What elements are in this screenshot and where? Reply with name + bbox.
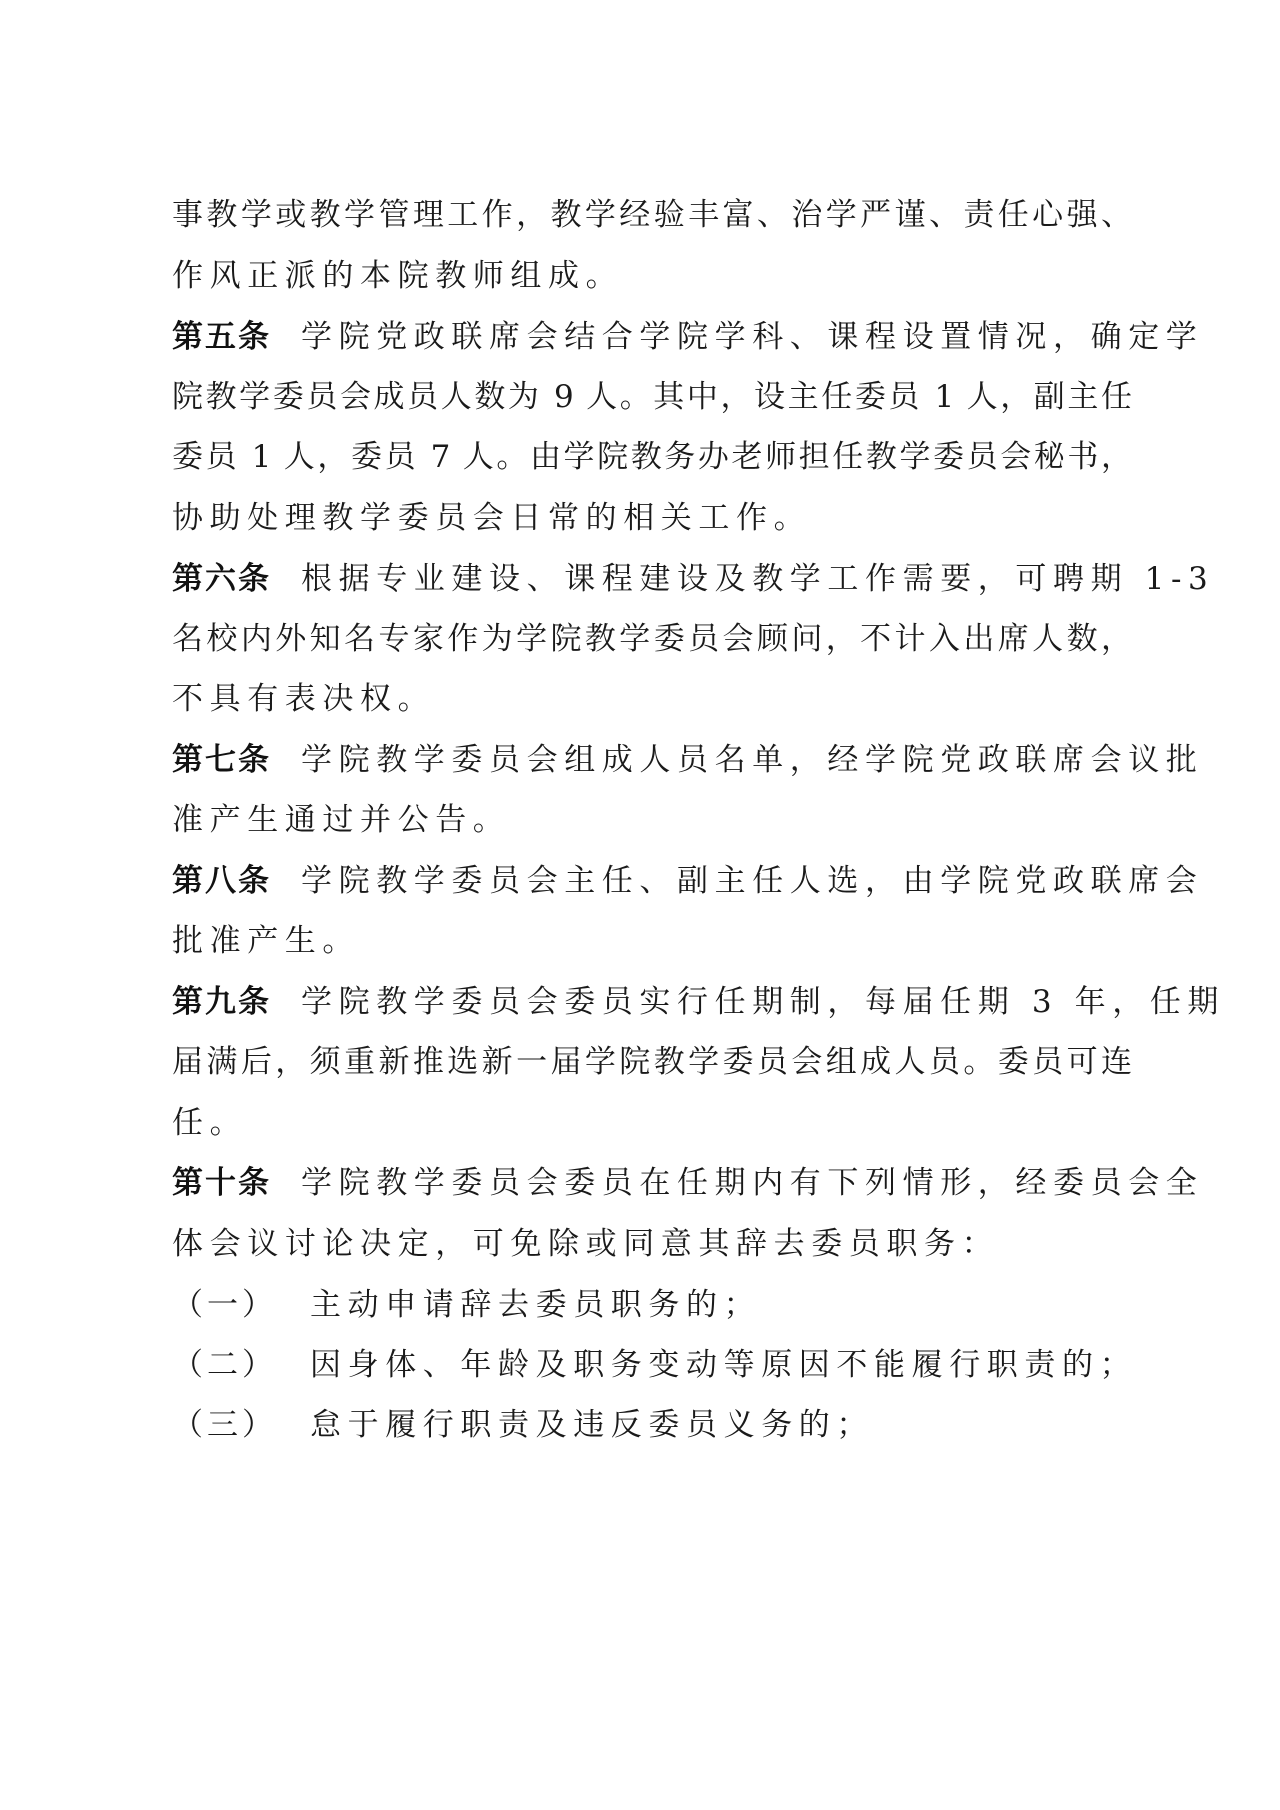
article-label: 第九条 xyxy=(172,984,271,1020)
paragraph-line: 院教学委员会成员人数为 9 人。其中，设主任委员 1 人，副主任 xyxy=(172,377,1132,417)
line-text: 学院教学委员会委员实行任期制，每届任期 3 年，任期 xyxy=(301,984,1225,1020)
line-text: 根据专业建设、课程建设及教学工作需要，可聘期 1-3 xyxy=(301,561,1214,597)
list-item-text: 怠于履行职责及违反委员义务的； xyxy=(310,1407,874,1443)
line-text: 学院党政联席会结合学院学科、课程设置情况，确定学 xyxy=(301,319,1203,355)
list-item-number: （三） xyxy=(172,1405,310,1445)
paragraph-line: 体会议讨论决定，可免除或同意其辞去委员职务： xyxy=(172,1224,1132,1264)
line-text: 协助处理教学委员会日常的相关工作。 xyxy=(172,500,811,536)
line-text: 届满后，须重新推选新一届学院教学委员会组成人员。委员可连 xyxy=(172,1044,1132,1080)
line-text: 不具有表决权。 xyxy=(172,681,435,717)
line-text: 体会议讨论决定，可免除或同意其辞去委员职务： xyxy=(172,1226,999,1262)
list-item: （二）因身体、年龄及职务变动等原因不能履行职责的； xyxy=(172,1345,1132,1385)
line-text: 批准产生。 xyxy=(172,923,360,959)
line-text: 任。 xyxy=(172,1105,247,1141)
article-label: 第八条 xyxy=(172,863,271,899)
article-6-heading-line: 第六条根据专业建设、课程建设及教学工作需要，可聘期 1-3 xyxy=(172,559,1132,599)
list-item-number: （二） xyxy=(172,1345,310,1385)
line-text: 院教学委员会成员人数为 9 人。其中，设主任委员 1 人，副主任 xyxy=(172,379,1132,415)
line-text: 准产生通过并公告。 xyxy=(172,802,510,838)
article-5-heading-line: 第五条学院党政联席会结合学院学科、课程设置情况，确定学 xyxy=(172,317,1132,357)
article-8-heading-line: 第八条学院教学委员会主任、副主任人选，由学院党政联席会 xyxy=(172,861,1132,901)
paragraph-line: 委员 1 人，委员 7 人。由学院教务办老师担任教学委员会秘书， xyxy=(172,437,1132,477)
article-label: 第十条 xyxy=(172,1165,271,1201)
paragraph-line: 事教学或教学管理工作，教学经验丰富、治学严谨、责任心强、 xyxy=(172,195,1132,235)
article-label: 第六条 xyxy=(172,561,271,597)
article-label: 第五条 xyxy=(172,319,271,355)
paragraph-line: 协助处理教学委员会日常的相关工作。 xyxy=(172,498,1132,538)
article-label: 第七条 xyxy=(172,742,271,778)
article-9-heading-line: 第九条学院教学委员会委员实行任期制，每届任期 3 年，任期 xyxy=(172,982,1132,1022)
paragraph-line: 任。 xyxy=(172,1103,1132,1143)
line-text: 学院教学委员会委员在任期内有下列情形，经委员会全 xyxy=(301,1165,1203,1201)
list-item-number: （一） xyxy=(172,1285,310,1325)
line-text: 学院教学委员会组成人员名单，经学院党政联席会议批 xyxy=(301,742,1203,778)
list-item: （三）怠于履行职责及违反委员义务的； xyxy=(172,1405,1132,1445)
document-page: 事教学或教学管理工作，教学经验丰富、治学严谨、责任心强、 作风正派的本院教师组成… xyxy=(0,0,1280,1810)
paragraph-line: 准产生通过并公告。 xyxy=(172,800,1132,840)
list-item-text: 因身体、年龄及职务变动等原因不能履行职责的； xyxy=(310,1347,1137,1383)
paragraph-line: 不具有表决权。 xyxy=(172,679,1132,719)
line-text: 事教学或教学管理工作，教学经验丰富、治学严谨、责任心强、 xyxy=(172,197,1132,233)
line-text: 名校内外知名专家作为学院教学委员会顾问，不计入出席人数， xyxy=(172,621,1132,657)
paragraph-line: 批准产生。 xyxy=(172,921,1132,961)
paragraph-line: 名校内外知名专家作为学院教学委员会顾问，不计入出席人数， xyxy=(172,619,1132,659)
line-text: 学院教学委员会主任、副主任人选，由学院党政联席会 xyxy=(301,863,1203,899)
article-7-heading-line: 第七条学院教学委员会组成人员名单，经学院党政联席会议批 xyxy=(172,740,1132,780)
paragraph-line: 届满后，须重新推选新一届学院教学委员会组成人员。委员可连 xyxy=(172,1042,1132,1082)
article-10-heading-line: 第十条学院教学委员会委员在任期内有下列情形，经委员会全 xyxy=(172,1163,1132,1203)
list-item-text: 主动申请辞去委员职务的； xyxy=(310,1287,761,1323)
list-item: （一）主动申请辞去委员职务的； xyxy=(172,1285,1132,1325)
line-text: 作风正派的本院教师组成。 xyxy=(172,258,623,294)
line-text: 委员 1 人，委员 7 人。由学院教务办老师担任教学委员会秘书， xyxy=(172,439,1132,475)
paragraph-line: 作风正派的本院教师组成。 xyxy=(172,256,1132,296)
